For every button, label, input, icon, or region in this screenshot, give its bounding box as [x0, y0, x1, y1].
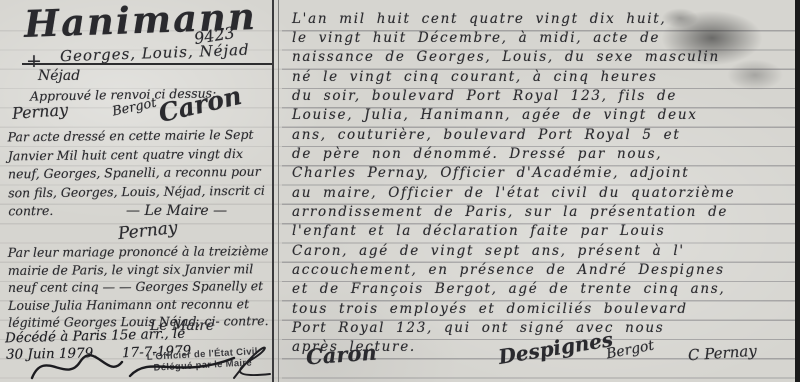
act-text-line: accouchement, en présence de André Despi… — [292, 262, 725, 278]
act-text-line: né le vingt cinq courant, à cinq heures — [292, 69, 658, 85]
act-signature-officer: C Pernay — [687, 342, 757, 365]
act-text-line: naissance de Georges, Louis, du sexe mas… — [292, 49, 720, 65]
act-text-line: ans, couturière, boulevard Port Royal 5 … — [292, 127, 680, 143]
act-text-line: l'enfant et la déclaration faite par Lou… — [292, 223, 665, 239]
margin-horizontal-rule — [22, 63, 272, 65]
act-text-line: arrondissement de Paris, sur la présenta… — [292, 204, 728, 220]
act-text-line: au maire, Officier de l'état civil du qu… — [292, 185, 735, 201]
act-text-line: le vingt huit Décembre, à midi, acte de — [292, 30, 660, 46]
margin-divider-line-thin — [278, 0, 279, 382]
scanned-birth-record: { "margin": { "surname": "Hanimann", "ac… — [0, 0, 800, 382]
recognition-signature: Pernay — [117, 218, 178, 244]
margin-divider-line — [272, 0, 274, 382]
act-text-line: du soir, boulevard Port Royal 123, fils … — [292, 88, 677, 104]
act-text-line: tous trois employés et domiciliés boulev… — [292, 301, 688, 317]
stamp-flourish — [228, 332, 276, 382]
approval-signature: Pernay — [11, 100, 68, 123]
act-text-line: L'an mil huit cent quatre vingt dix huit… — [292, 11, 666, 27]
signature-flourish — [26, 352, 241, 382]
page-right-edge — [795, 0, 800, 382]
act-text-line: et de François Bergot, agé de trente cin… — [292, 281, 725, 297]
recognition-signoff: — Le Maire — — [126, 203, 227, 219]
inserted-name: Néjad — [38, 68, 80, 84]
act-text-line: de père non dénommé. Dressé par nous, — [292, 146, 662, 162]
act-text-line: Louise, Julia, Hanimann, agée de vingt d… — [292, 107, 698, 123]
act-text-line: Charles Pernay, Officier d'Académie, adj… — [292, 165, 689, 181]
act-text-line: Caron, agé de vingt sept ans, présent à … — [292, 243, 685, 259]
given-names: Georges, Louis, Néjad — [60, 41, 250, 66]
legitimation-marginal-note: Par leur mariage prononcé à la treizième… — [8, 242, 273, 331]
act-signature-declarant: Caron — [305, 340, 377, 370]
